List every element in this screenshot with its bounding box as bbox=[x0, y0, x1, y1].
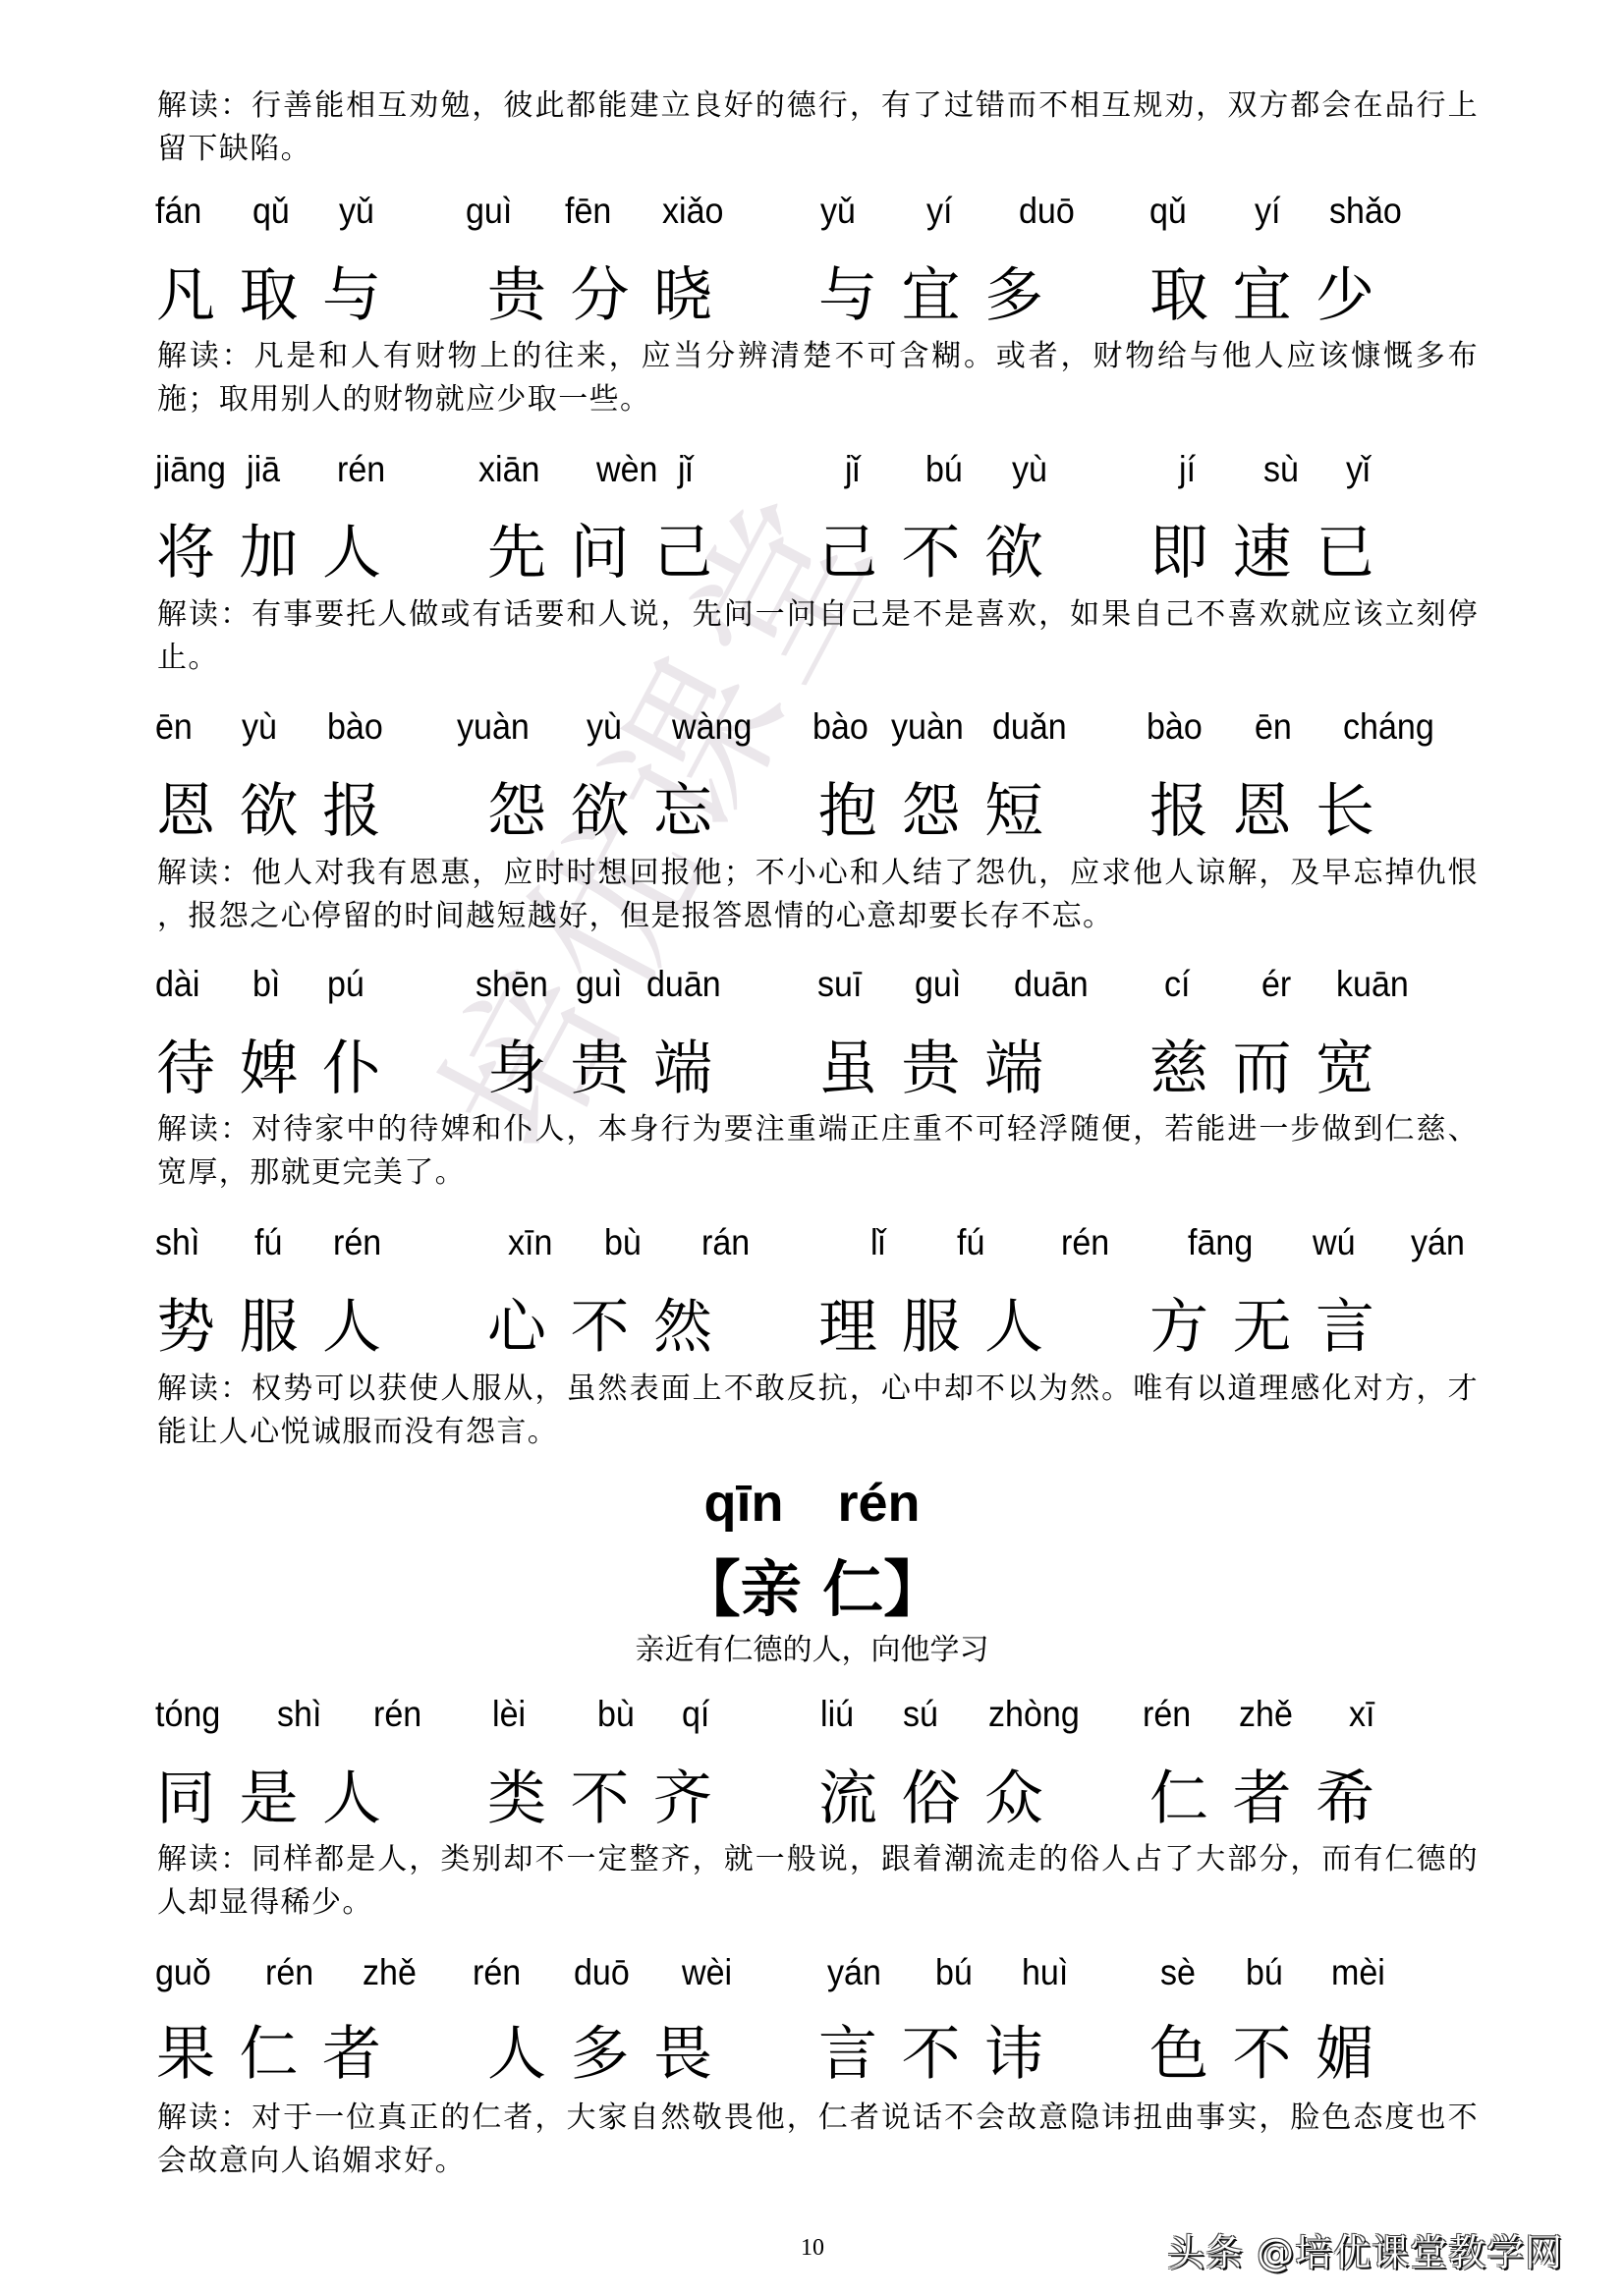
hanzi-char: 宽 bbox=[1311, 1035, 1379, 1103]
hanzi-char: 即 bbox=[1145, 519, 1213, 588]
pinyin-syllable: rén bbox=[337, 451, 385, 487]
hanzi-char: 晓 bbox=[648, 261, 717, 330]
pinyin-syllable: kuān bbox=[1336, 966, 1409, 1002]
pinyin-syllable: jiāng bbox=[155, 451, 226, 487]
pinyin-syllable: yán bbox=[1411, 1224, 1465, 1260]
hanzi-char: 宜 bbox=[897, 261, 966, 330]
pinyin-syllable: shì bbox=[155, 1224, 199, 1260]
hanzi-char: 与 bbox=[813, 261, 882, 330]
hanzi-char: 速 bbox=[1228, 519, 1297, 588]
pinyin-syllable: yí bbox=[1255, 193, 1280, 229]
pinyin-syllable: zhě bbox=[1239, 1696, 1293, 1732]
hanzi-char: 言 bbox=[1311, 1293, 1379, 1362]
pinyin-syllable: xiān bbox=[478, 451, 539, 487]
hanzi-char: 言 bbox=[813, 2020, 882, 2089]
pinyin-syllable: xī bbox=[1349, 1696, 1374, 1732]
hanzi-char: 宜 bbox=[1228, 261, 1297, 330]
hanzi-char: 取 bbox=[235, 261, 304, 330]
hanzi-char: 先 bbox=[482, 519, 551, 588]
pinyin-syllable: rén bbox=[473, 1954, 521, 1990]
hanzi-char: 加 bbox=[235, 519, 304, 588]
pinyin-syllable: fēn bbox=[565, 193, 611, 229]
hanzi-char: 报 bbox=[317, 777, 386, 846]
pinyin-syllable: guǒ bbox=[155, 1954, 211, 1990]
pinyin-syllable: yǔ bbox=[820, 193, 856, 229]
hanzi-char: 仁 bbox=[1145, 1764, 1213, 1833]
pinyin-syllable: cí bbox=[1164, 966, 1190, 1002]
hanzi-char: 怨 bbox=[482, 777, 551, 846]
hanzi-char: 方 bbox=[1145, 1293, 1213, 1362]
intro-note: 解读：行善能相互劝勉，彼此都能建立良好的德行，有了过错而不相互规劝，双方都会在品… bbox=[157, 84, 1479, 171]
hanzi-char: 色 bbox=[1145, 2020, 1213, 2089]
pinyin-syllable: yuàn bbox=[457, 708, 530, 745]
pinyin-syllable: wú bbox=[1313, 1224, 1356, 1260]
interpretation-note: 解读：对待家中的待婢和仆人，本身行为要注重端正庄重不可轻浮随便，若能进一步做到仁… bbox=[157, 1108, 1479, 1195]
pinyin-syllable: ēn bbox=[1255, 708, 1292, 745]
pinyin-syllable: duō bbox=[1019, 193, 1075, 229]
hanzi-char: 己 bbox=[648, 519, 717, 588]
hanzi-char: 者 bbox=[1228, 1764, 1297, 1833]
hanzi-char: 心 bbox=[482, 1293, 551, 1362]
hanzi-char: 将 bbox=[151, 519, 220, 588]
pinyin-syllable: huì bbox=[1022, 1954, 1068, 1990]
interpretation-note: 解读：凡是和人有财物上的往来，应当分辨清楚不可含糊。或者，财物给与他人应该慷慨多… bbox=[157, 335, 1479, 421]
hanzi-char: 己 bbox=[813, 519, 882, 588]
hanzi-char: 欲 bbox=[980, 519, 1048, 588]
hanzi-char: 端 bbox=[980, 1035, 1048, 1103]
hanzi-char: 待 bbox=[151, 1035, 220, 1103]
section-title: 【亲 仁】 bbox=[0, 1555, 1624, 1624]
hanzi-char: 贵 bbox=[566, 1035, 635, 1103]
pinyin-syllable: wèn bbox=[596, 451, 657, 487]
pinyin-syllable: duǎn bbox=[992, 708, 1067, 745]
pinyin-syllable: rén bbox=[373, 1696, 421, 1732]
hanzi-char: 问 bbox=[566, 519, 635, 588]
hanzi-char: 长 bbox=[1311, 777, 1379, 846]
pinyin-syllable: bào bbox=[327, 708, 383, 745]
pinyin-syllable: yuàn bbox=[891, 708, 964, 745]
pinyin-syllable: rán bbox=[701, 1224, 750, 1260]
pinyin-syllable: fāng bbox=[1188, 1224, 1253, 1260]
pinyin-syllable: duō bbox=[574, 1954, 630, 1990]
hanzi-char: 不 bbox=[1228, 2020, 1297, 2089]
hanzi-char: 少 bbox=[1311, 261, 1379, 330]
pinyin-syllable: duān bbox=[1014, 966, 1089, 1002]
section-pinyin: qīn rén bbox=[0, 1474, 1624, 1533]
hanzi-char: 不 bbox=[897, 519, 966, 588]
interpretation-note: 解读：权势可以获使人服从，虽然表面上不敢反抗，心中却不以为然。唯有以道理感化对方… bbox=[157, 1368, 1479, 1454]
pinyin-syllable: bù bbox=[597, 1696, 635, 1732]
hanzi-char: 讳 bbox=[980, 2020, 1048, 2089]
source-watermark: 头条 @培优课堂教学网 bbox=[1167, 2222, 1563, 2276]
pinyin-syllable: lǐ bbox=[870, 1224, 885, 1260]
interpretation-note: 解读：有事要托人做或有话要和人说，先问一问自己是不是喜欢，如果自己不喜欢就应该立… bbox=[157, 593, 1479, 680]
hanzi-char: 已 bbox=[1311, 519, 1379, 588]
pinyin-syllable: guì bbox=[915, 966, 961, 1002]
pinyin-syllable: cháng bbox=[1343, 708, 1434, 745]
pinyin-syllable: bì bbox=[252, 966, 280, 1002]
pinyin-syllable: fán bbox=[155, 193, 201, 229]
pinyin-syllable: jǐ bbox=[845, 451, 860, 487]
pinyin-syllable: pú bbox=[327, 966, 364, 1002]
interpretation-note: 解读：同样都是人，类别却不一定整齐，就一般说，跟着潮流走的俗人占了大部分，而有仁… bbox=[157, 1838, 1479, 1925]
pinyin-syllable: sú bbox=[903, 1696, 938, 1732]
hanzi-char: 人 bbox=[317, 519, 386, 588]
pinyin-syllable: suī bbox=[817, 966, 862, 1002]
pinyin-syllable: duān bbox=[646, 966, 721, 1002]
hanzi-char: 端 bbox=[648, 1035, 717, 1103]
pinyin-syllable: jí bbox=[1179, 451, 1196, 487]
hanzi-char: 怨 bbox=[897, 777, 966, 846]
pinyin-syllable: ēn bbox=[155, 708, 193, 745]
pinyin-syllable: rén bbox=[1143, 1696, 1191, 1732]
interpretation-note: 解读：对于一位真正的仁者，大家自然敬畏他，仁者说话不会故意隐讳扭曲事实，脸色态度… bbox=[157, 2097, 1479, 2183]
hanzi-char: 畏 bbox=[648, 2020, 717, 2089]
hanzi-char: 无 bbox=[1228, 1293, 1297, 1362]
hanzi-char: 人 bbox=[482, 2020, 551, 2089]
hanzi-char: 类 bbox=[482, 1764, 551, 1833]
hanzi-char: 多 bbox=[566, 2020, 635, 2089]
pinyin-syllable: bào bbox=[1147, 708, 1203, 745]
hanzi-char: 短 bbox=[980, 777, 1048, 846]
hanzi-char: 希 bbox=[1311, 1764, 1379, 1833]
hanzi-char: 果 bbox=[151, 2020, 220, 2089]
hanzi-char: 恩 bbox=[1228, 777, 1297, 846]
pinyin-syllable: lèi bbox=[492, 1696, 526, 1732]
section-subtitle: 亲近有仁德的人，向他学习 bbox=[0, 1631, 1624, 1670]
pinyin-syllable: yù bbox=[587, 708, 622, 745]
pinyin-syllable: qǔ bbox=[252, 193, 290, 229]
pinyin-syllable: yán bbox=[827, 1954, 881, 1990]
pinyin-syllable: shǎo bbox=[1329, 193, 1402, 229]
pinyin-syllable: rén bbox=[333, 1224, 381, 1260]
pinyin-syllable: tóng bbox=[155, 1696, 220, 1732]
pinyin-syllable: yù bbox=[242, 708, 277, 745]
hanzi-char: 理 bbox=[813, 1293, 882, 1362]
hanzi-char: 人 bbox=[980, 1293, 1048, 1362]
hanzi-char: 服 bbox=[235, 1293, 304, 1362]
hanzi-char: 贵 bbox=[482, 261, 551, 330]
pinyin-syllable: liú bbox=[820, 1696, 854, 1732]
pinyin-syllable: shēn bbox=[476, 966, 548, 1002]
pinyin-syllable: wàng bbox=[672, 708, 752, 745]
hanzi-char: 而 bbox=[1228, 1035, 1297, 1103]
pinyin-syllable: shì bbox=[277, 1696, 321, 1732]
hanzi-char: 俗 bbox=[897, 1764, 966, 1833]
pinyin-syllable: yǔ bbox=[339, 193, 374, 229]
hanzi-char: 流 bbox=[813, 1764, 882, 1833]
hanzi-char: 取 bbox=[1145, 261, 1213, 330]
pinyin-syllable: bào bbox=[812, 708, 868, 745]
pinyin-syllable: guì bbox=[466, 193, 512, 229]
pinyin-syllable: xīn bbox=[508, 1224, 552, 1260]
pinyin-syllable: guì bbox=[576, 966, 622, 1002]
pinyin-syllable: ér bbox=[1261, 966, 1291, 1002]
hanzi-char: 多 bbox=[980, 261, 1048, 330]
interpretation-note: 解读：他人对我有恩惠，应时时想回报他；不小心和人结了怨仇，应求他人谅解，及早忘掉… bbox=[157, 852, 1479, 938]
hanzi-char: 抱 bbox=[813, 777, 882, 846]
hanzi-char: 分 bbox=[566, 261, 635, 330]
hanzi-char: 服 bbox=[897, 1293, 966, 1362]
pinyin-syllable: jiā bbox=[247, 451, 280, 487]
hanzi-char: 身 bbox=[482, 1035, 551, 1103]
pinyin-syllable: bú bbox=[1246, 1954, 1283, 1990]
pinyin-syllable: sè bbox=[1160, 1954, 1196, 1990]
hanzi-char: 媚 bbox=[1311, 2020, 1379, 2089]
pinyin-syllable: mèi bbox=[1331, 1954, 1385, 1990]
pinyin-syllable: fú bbox=[957, 1224, 984, 1260]
hanzi-char: 不 bbox=[566, 1764, 635, 1833]
hanzi-char: 同 bbox=[151, 1764, 220, 1833]
pinyin-syllable: zhòng bbox=[988, 1696, 1080, 1732]
hanzi-char: 慈 bbox=[1145, 1035, 1213, 1103]
pinyin-syllable: qǔ bbox=[1149, 193, 1187, 229]
hanzi-char: 人 bbox=[317, 1293, 386, 1362]
hanzi-char: 势 bbox=[151, 1293, 220, 1362]
hanzi-char: 不 bbox=[566, 1293, 635, 1362]
pinyin-syllable: rén bbox=[265, 1954, 313, 1990]
hanzi-char: 欲 bbox=[566, 777, 635, 846]
pinyin-syllable: bù bbox=[604, 1224, 642, 1260]
hanzi-char: 是 bbox=[235, 1764, 304, 1833]
pinyin-syllable: rén bbox=[1061, 1224, 1109, 1260]
pinyin-syllable: jǐ bbox=[678, 451, 693, 487]
hanzi-char: 凡 bbox=[151, 261, 220, 330]
hanzi-char: 然 bbox=[648, 1293, 717, 1362]
hanzi-char: 仁 bbox=[235, 2020, 304, 2089]
pinyin-syllable: sù bbox=[1263, 451, 1299, 487]
document-page: 解读：行善能相互劝勉，彼此都能建立良好的德行，有了过错而不相互规劝，双方都会在品… bbox=[0, 0, 1624, 2296]
pinyin-syllable: yù bbox=[1012, 451, 1047, 487]
pinyin-syllable: bú bbox=[935, 1954, 973, 1990]
hanzi-char: 齐 bbox=[648, 1764, 717, 1833]
hanzi-char: 不 bbox=[897, 2020, 966, 2089]
pinyin-syllable: bú bbox=[925, 451, 963, 487]
hanzi-char: 婢 bbox=[235, 1035, 304, 1103]
pinyin-syllable: yǐ bbox=[1346, 451, 1371, 487]
pinyin-syllable: fú bbox=[254, 1224, 282, 1260]
hanzi-char: 者 bbox=[317, 2020, 386, 2089]
hanzi-char: 恩 bbox=[151, 777, 220, 846]
hanzi-char: 仆 bbox=[317, 1035, 386, 1103]
hanzi-char: 忘 bbox=[648, 777, 717, 846]
page-number: 10 bbox=[801, 2235, 824, 2262]
pinyin-syllable: wèi bbox=[682, 1954, 732, 1990]
hanzi-char: 报 bbox=[1145, 777, 1213, 846]
pinyin-syllable: zhě bbox=[363, 1954, 417, 1990]
hanzi-char: 众 bbox=[980, 1764, 1048, 1833]
pinyin-syllable: xiǎo bbox=[662, 193, 723, 229]
hanzi-char: 人 bbox=[317, 1764, 386, 1833]
hanzi-char: 与 bbox=[317, 261, 386, 330]
hanzi-char: 欲 bbox=[235, 777, 304, 846]
pinyin-syllable: dài bbox=[155, 966, 199, 1002]
hanzi-char: 虽 bbox=[813, 1035, 882, 1103]
hanzi-char: 贵 bbox=[897, 1035, 966, 1103]
pinyin-syllable: qí bbox=[682, 1696, 709, 1732]
pinyin-syllable: yí bbox=[926, 193, 952, 229]
